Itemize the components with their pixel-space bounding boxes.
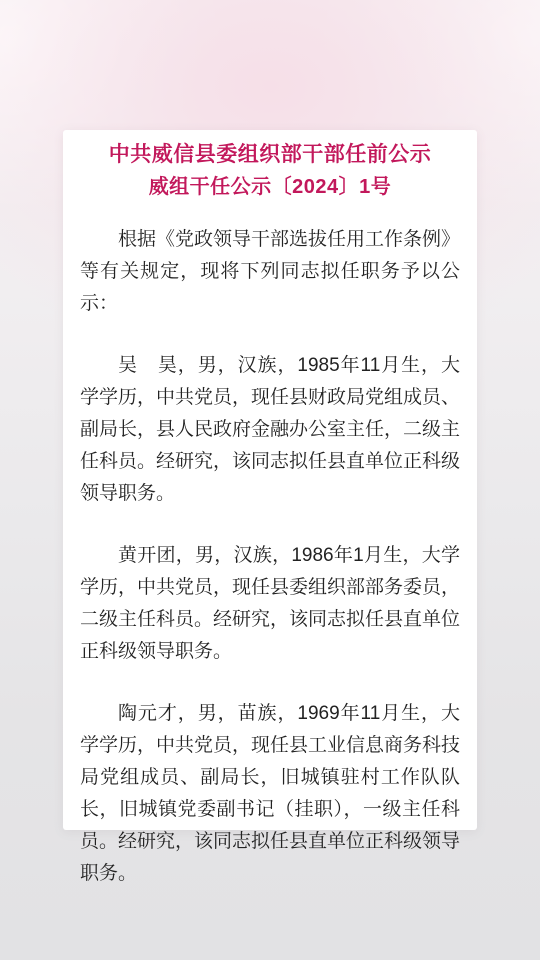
candidate-paragraph-huang-kaituan: 黄开团，男，汉族，1986年1月生，大学学历，中共党员，现任县委组织部部务委员，… bbox=[80, 540, 460, 668]
announcement-title: 中共威信县委组织部干部任前公示 bbox=[80, 139, 460, 171]
blurred-background: 中共威信县委组织部干部任前公示 威组干任公示〔2024〕1号 根据《党政领导干部… bbox=[0, 0, 540, 960]
document-number: 威组干任公示〔2024〕1号 bbox=[80, 171, 460, 203]
intro-paragraph: 根据《党政领导干部选拔任用工作条例》等有关规定，现将下列同志拟任职务予以公示： bbox=[80, 224, 460, 320]
announcement-card: 中共威信县委组织部干部任前公示 威组干任公示〔2024〕1号 根据《党政领导干部… bbox=[63, 130, 477, 830]
candidate-paragraph-wu-hao: 吴 昊，男，汉族，1985年11月生，大学学历，中共党员，现任县财政局党组成员、… bbox=[80, 350, 460, 510]
announcement-body: 根据《党政领导干部选拔任用工作条例》等有关规定，现将下列同志拟任职务予以公示： … bbox=[80, 224, 460, 890]
candidate-paragraph-tao-yuancai: 陶元才，男，苗族，1969年11月生，大学学历，中共党员，现任县工业信息商务科技… bbox=[80, 698, 460, 890]
